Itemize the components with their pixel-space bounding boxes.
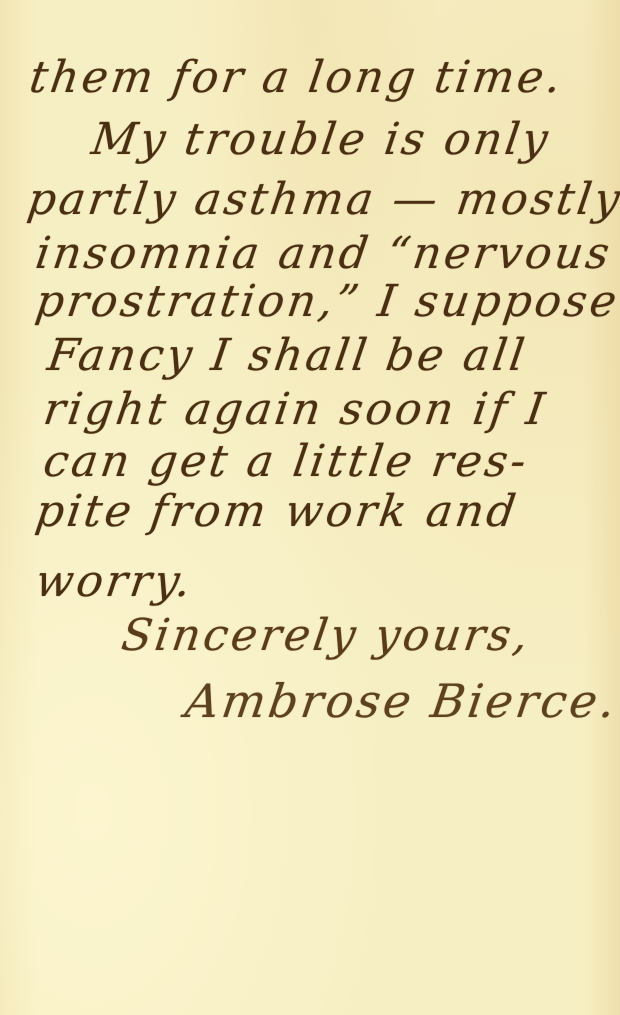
letter-line-2: My trouble is only xyxy=(89,118,553,162)
letter-line-8: can get a little res- xyxy=(41,440,532,484)
letter-line-9: pite from work and xyxy=(33,490,521,534)
letter-signature: Ambrose Bierce. xyxy=(183,678,620,724)
letter-closing: Sincerely yours, xyxy=(119,614,534,658)
letter-line-3: partly asthma — mostly xyxy=(25,178,620,222)
letter-line-1: them for a long time. xyxy=(27,56,567,100)
letter-line-4: insomnia and “nervous xyxy=(33,232,615,276)
letter-page: them for a long time. My trouble is only… xyxy=(0,0,620,1015)
letter-line-10: worry. xyxy=(33,560,196,604)
letter-line-7: right again soon if I xyxy=(41,388,550,432)
letter-line-6: Fancy I shall be all xyxy=(45,334,530,378)
letter-line-5: prostration,” I suppose. xyxy=(33,280,620,324)
